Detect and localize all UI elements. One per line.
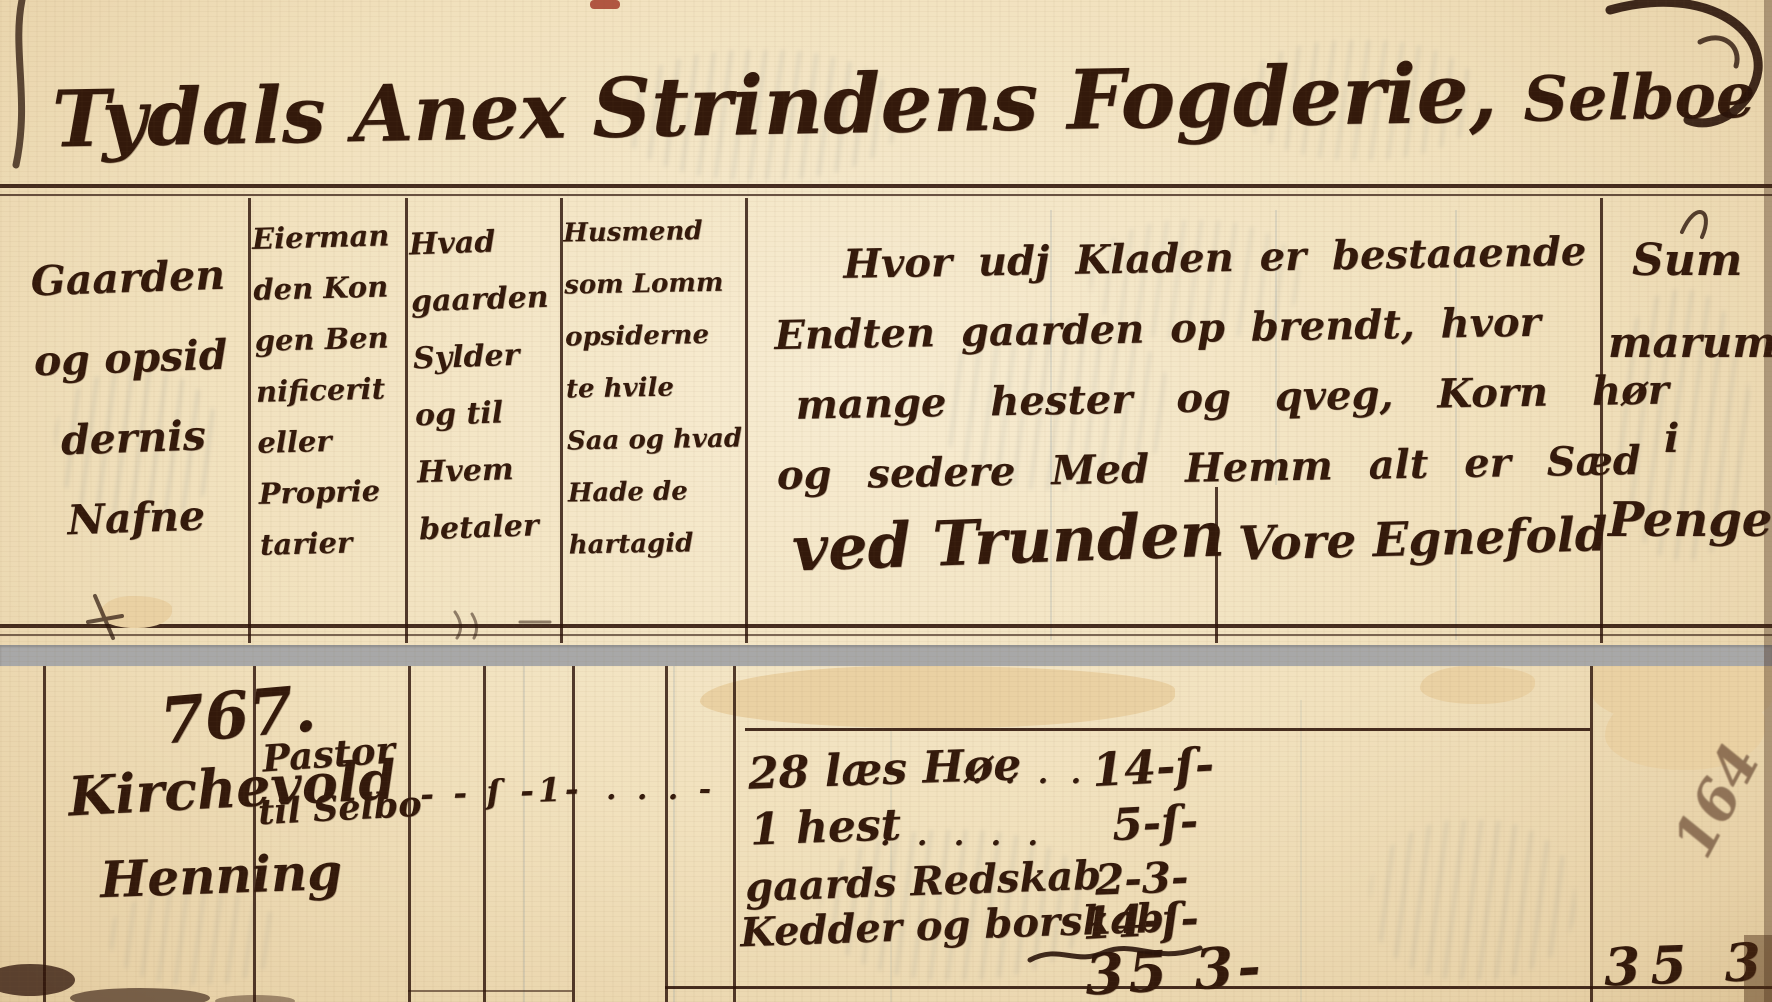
header-line: Hade de (567, 464, 742, 519)
account-item-value: 14-ſ- (1091, 737, 1216, 797)
column-header-skyld: Hvad gaarden Sylder og til Hvem betaler (408, 212, 560, 559)
header-line: dernis (22, 394, 245, 482)
red-archive-mark (590, 0, 620, 9)
header-line: hartagid (568, 516, 743, 571)
header-line: og til (414, 383, 556, 445)
page-title: Tydals Anex Strindens Fogderie, Selboe P… (51, 34, 1772, 167)
scanned-ledger-page: Tydals Anex Strindens Fogderie, Selboe P… (0, 0, 1772, 1002)
account-item-dots: . . . . (972, 756, 1087, 791)
entry-husmend-marks: . . . - (606, 772, 716, 807)
table-divider (43, 666, 46, 1002)
header-line: Eierman (251, 210, 397, 265)
title-part-district: Tydals Anex (51, 66, 566, 166)
header-line: gaarden (410, 269, 552, 331)
repair-patch (100, 596, 172, 628)
header-line: den Kon (253, 261, 399, 316)
ink-blot (0, 964, 75, 996)
table-divider (1590, 666, 1593, 1002)
ledger-mark-rule (408, 990, 572, 992)
bleed-through-line (523, 666, 525, 1002)
account-total: 35 3- (1083, 933, 1266, 1002)
bleed-through-line (1300, 700, 1302, 1002)
header-line: og opsid (19, 314, 242, 402)
scan-separator-band (0, 645, 1772, 666)
title-rule-bottom (0, 194, 1772, 196)
subheader-ved-trunden: ved Trunden (791, 497, 1226, 585)
header-line: te hvile (566, 360, 741, 415)
column-header-condition: Hvor udj Kladen er bestaaende Endten gaa… (773, 217, 1588, 511)
entry-skyld-marks: - - ſ -1- (419, 769, 583, 814)
summarum-total: 35 3- (1603, 931, 1772, 999)
header-line: tarier (259, 516, 405, 571)
header-line: Sylder (412, 326, 554, 388)
header-divider (560, 198, 563, 643)
column-header-owner: Eierman den Kon gen Ben nificerit eller … (251, 210, 405, 571)
entry-owner: Pastor (261, 727, 397, 780)
ink-blot (70, 988, 210, 1002)
header-bottom-rule (0, 624, 1772, 628)
header-line: marum (1608, 318, 1772, 367)
header-line: Sum (1632, 235, 1742, 286)
column-header-farm-name: Gaarden og opsid dernis Nafne (16, 234, 247, 561)
column-header-husmend: Husmend som Lomm opsiderne te hvile Saa … (563, 205, 743, 572)
repair-patch (1420, 666, 1535, 704)
account-item-label: 1 hest (749, 799, 902, 855)
summarum-squiggle (1682, 212, 1706, 237)
header-line: gen Ben (254, 312, 400, 367)
header-line: nificerit (255, 363, 401, 418)
header-line: Hvem (416, 440, 558, 502)
title-part-parish: Selboe Prestegield (1523, 52, 1772, 136)
table-divider (733, 666, 736, 1002)
header-bottom-rule-2 (0, 634, 1772, 636)
table-divider (483, 666, 486, 1002)
header-divider (248, 198, 251, 643)
table-divider (665, 666, 668, 1002)
header-line: Proprie (258, 465, 404, 520)
header-divider (405, 198, 408, 643)
header-line: betaler (418, 496, 560, 558)
header-line: Husmend (563, 205, 738, 260)
entry-owner-2: til Selbo (257, 784, 423, 834)
header-line: i (1664, 415, 1679, 462)
header-line: Nafne (25, 474, 248, 562)
top-left-edge-stroke (16, 0, 22, 165)
bleed-through-mark (1370, 820, 1575, 980)
table-divider (408, 666, 411, 1002)
title-rule-top (0, 184, 1772, 188)
header-line: som Lomm (564, 257, 739, 312)
account-item-dots: . . . . . (880, 818, 1046, 853)
table-divider (572, 666, 575, 1002)
account-top-rule (745, 728, 1590, 731)
header-line: eller (257, 414, 403, 469)
subheader-vore-egnefold: Vore Egnefold (1237, 507, 1608, 572)
header-line: opsiderne (565, 308, 740, 363)
account-item-value: 5-ſ- (1111, 796, 1200, 851)
header-line: Penge (1608, 492, 1772, 548)
header-line: Hvad (408, 212, 550, 274)
title-part-fogderi: Strindens Fogderie, (591, 45, 1498, 157)
entry-farm-name-2: Henning (99, 842, 343, 909)
header-divider (745, 198, 748, 643)
bleed-through-line (673, 666, 675, 1002)
header-line: Gaarden (16, 234, 239, 322)
repair-patch (700, 666, 1175, 728)
header-line: Saa og hvad (566, 412, 741, 467)
